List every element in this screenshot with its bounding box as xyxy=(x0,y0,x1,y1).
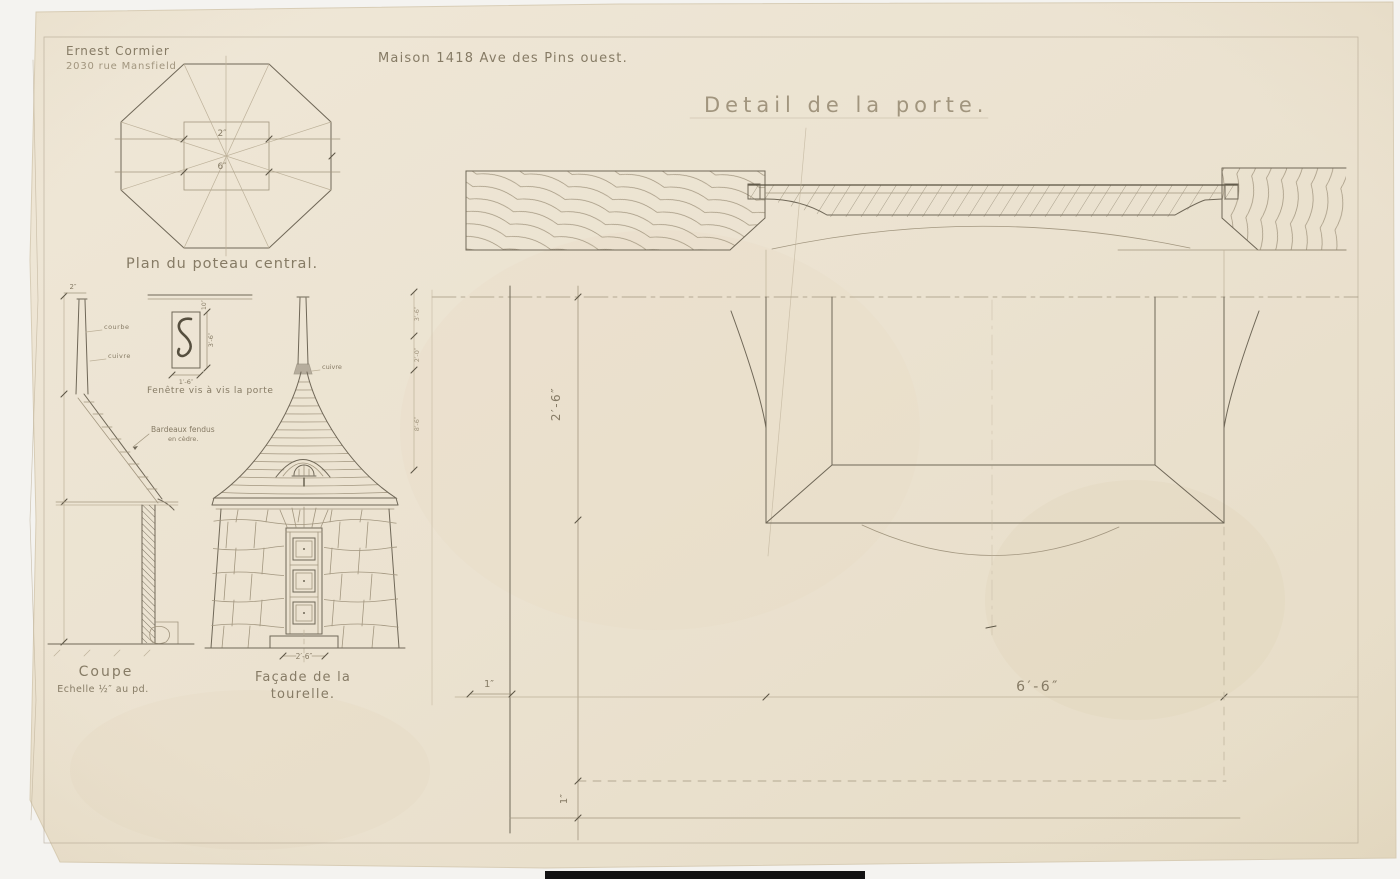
architect-address: 2030 rue Mansfield xyxy=(66,61,177,72)
bardeaux-label-1: Bardeaux fendus xyxy=(151,425,215,434)
scanner-artifact-bar xyxy=(545,871,865,879)
window-dim-height: 3′-6″ xyxy=(207,332,215,347)
bardeaux-label-2: en cèdre. xyxy=(168,435,198,443)
dim-reveal-bottom: 1″ xyxy=(559,794,570,804)
architect-name: Ernest Cormier xyxy=(66,44,170,58)
door-panel xyxy=(293,570,315,592)
facade-caption-2: tourelle. xyxy=(271,687,336,702)
dim-6in: 6″ xyxy=(217,162,227,172)
label-courbe: courbe xyxy=(104,323,129,331)
facade-dim-mid: 2′-0″ xyxy=(413,347,421,362)
window-dim-lintel: 10″ xyxy=(201,299,208,310)
facade-dim-lower: 8′-6″ xyxy=(413,416,421,431)
door-panel xyxy=(293,538,315,560)
coupe-dim-top: 2″ xyxy=(69,283,76,291)
door-panel xyxy=(293,602,315,624)
paper-sheet xyxy=(30,2,1396,868)
dim-2in: 2″ xyxy=(217,129,227,139)
wall-section-hatched xyxy=(142,505,155,643)
post-plan-caption: Plan du poteau central. xyxy=(126,256,318,272)
facade-door-width: 2′-6″ xyxy=(296,652,313,661)
window-caption: Fenêtre vis à vis la porte xyxy=(147,385,273,396)
coupe-caption: Coupe xyxy=(79,664,134,680)
drawing-title: Detail de la porte. xyxy=(704,93,988,117)
paper-stain xyxy=(400,230,920,630)
dim-depth: 2′-6″ xyxy=(549,387,563,421)
scanned-drawing-page: Ernest Cormier 2030 rue Mansfield Maison… xyxy=(0,0,1400,879)
coupe-scale-note: Echelle ½″ au pd. xyxy=(57,684,148,695)
label-cuivre-facade: cuivre xyxy=(322,363,342,371)
drawing-canvas: Ernest Cormier 2030 rue Mansfield Maison… xyxy=(0,0,1400,879)
paper-stain xyxy=(70,690,430,850)
label-cuivre-coupe: cuivre xyxy=(108,352,131,360)
project-title: Maison 1418 Ave des Pins ouest. xyxy=(378,51,628,66)
window-dim-width: 1′-6″ xyxy=(179,378,194,386)
facade-dim-upper: 3′-6″ xyxy=(413,306,421,321)
facade-caption-1: Façade de la xyxy=(255,670,351,685)
dim-reveal-left: 1″ xyxy=(484,679,494,690)
dim-opening-width: 6′-6″ xyxy=(1016,679,1060,695)
